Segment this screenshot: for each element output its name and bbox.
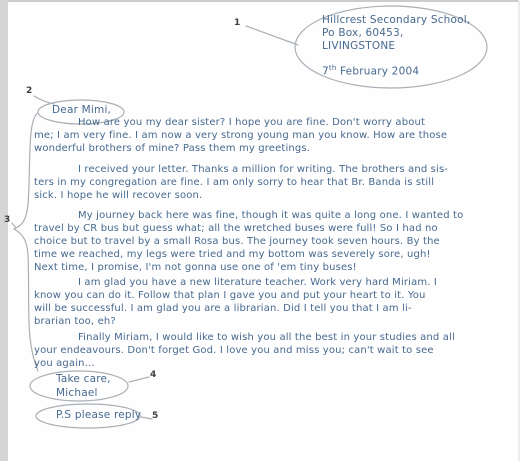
signature-name: Michael: [56, 386, 111, 400]
address-line: Po Box, 60453,: [322, 27, 470, 40]
body-paragraph-1: How are you my dear sister? I hope you a…: [34, 116, 494, 155]
salutation: Dear Mimi,: [52, 104, 111, 116]
leader-line-5: [141, 417, 152, 419]
closing-block: Take care, Michael: [56, 372, 111, 400]
annotation-label-5: 5: [152, 411, 158, 421]
annotation-label-1: 1: [234, 18, 240, 28]
letter-page: 1 2 3 4 5 Hillcrest Secondary School, Po…: [0, 0, 520, 461]
address-line: Hillcrest Secondary School,: [322, 14, 470, 27]
sender-address-block: Hillcrest Secondary School, Po Box, 6045…: [322, 14, 470, 79]
leader-line-2: [34, 96, 54, 104]
postscript: P.S please reply: [56, 409, 141, 421]
address-line: LIVINGSTONE: [322, 40, 470, 53]
annotation-label-3: 3: [4, 215, 10, 225]
body-paragraph-4: I am glad you have a new literature teac…: [34, 276, 494, 328]
leader-line-3: [12, 223, 16, 228]
date-day: 7: [322, 66, 329, 78]
annotation-label-4: 4: [150, 370, 156, 380]
body-paragraph-3: My journey back here was fine, though it…: [34, 209, 494, 274]
leader-line-4: [129, 377, 149, 382]
body-paragraph-5: Finally Miriam, I would like to wish you…: [34, 331, 494, 370]
annotation-label-2: 2: [26, 86, 32, 96]
leader-line-1: [246, 26, 298, 45]
date-rest: February 2004: [336, 66, 419, 78]
body-paragraph-2: I received your letter. Thanks a million…: [34, 163, 494, 202]
letter-date: 7th February 2004: [322, 62, 470, 79]
closing-phrase: Take care,: [56, 372, 111, 386]
